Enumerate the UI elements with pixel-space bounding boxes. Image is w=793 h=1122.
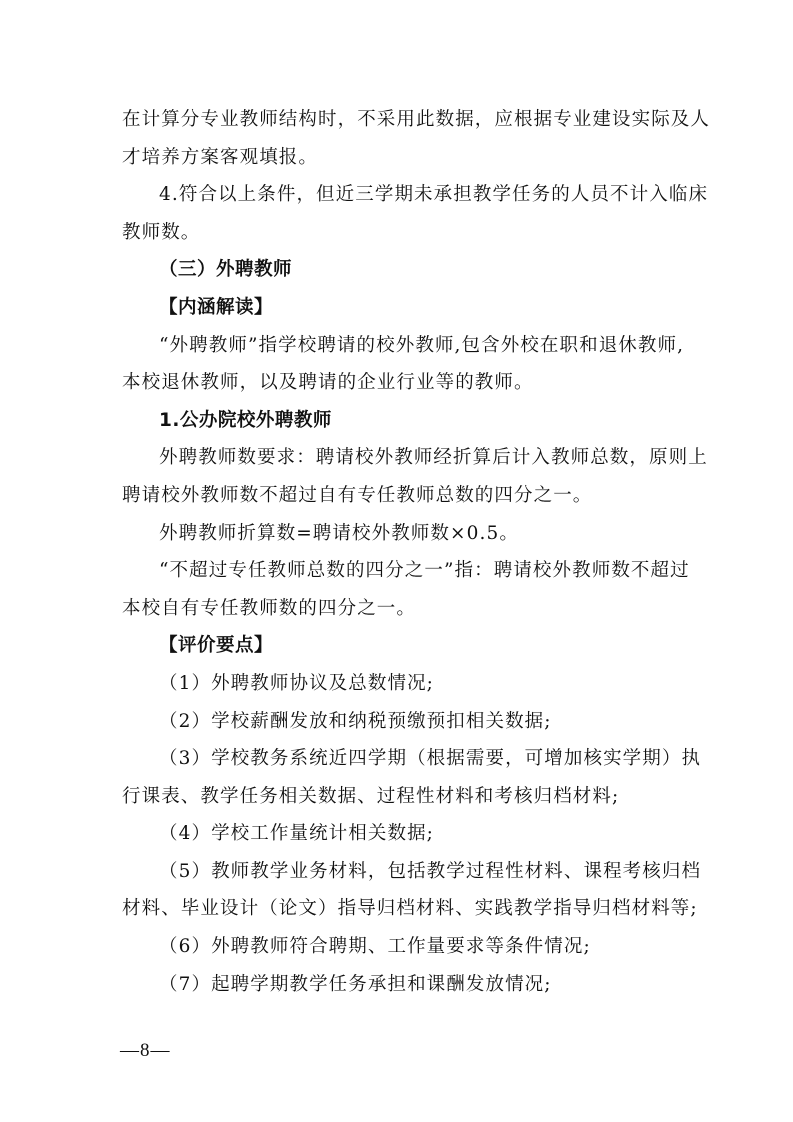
paragraph-line: 教师数。 <box>122 214 674 252</box>
section-heading: （三）外聘教师 <box>122 251 674 289</box>
subsection-heading: 【内涵解读】 <box>122 289 674 327</box>
list-item-continuation: 材料、毕业设计（论文）指导归档材料、实践教学指导归档材料等; <box>122 890 674 928</box>
subsection-heading: 【评价要点】 <box>122 627 674 665</box>
paragraph-line: 外聘教师数要求：聘请校外教师经折算后计入教师总数，原则上 <box>122 439 674 477</box>
list-item: （3）学校教务系统近四学期（根据需要，可增加核实学期）执 <box>122 740 674 778</box>
list-item: （1）外聘教师协议及总数情况; <box>122 665 674 703</box>
paragraph-line: 本校退休教师，以及聘请的企业行业等的教师。 <box>122 364 674 402</box>
paragraph-line: “不超过专任教师总数的四分之一”指：聘请校外教师数不超过 <box>122 552 674 590</box>
item-heading: 1.公办院校外聘教师 <box>122 402 674 440</box>
paragraph-line: 聘请校外教师数不超过自有专任教师总数的四分之一。 <box>122 477 674 515</box>
document-page: 在计算分专业教师结构时，不采用此数据，应根据专业建设实际及人 才培养方案客观填报… <box>122 101 674 1003</box>
paragraph-line: 4.符合以上条件，但近三学期未承担教学任务的人员不计入临床 <box>122 176 674 214</box>
list-item-continuation: 行课表、教学任务相关数据、过程性材料和考核归档材料; <box>122 778 674 816</box>
page-number: —8— <box>120 1040 171 1062</box>
formula-line: 外聘教师折算数=聘请校外教师数×0.5。 <box>122 515 674 553</box>
list-item: （2）学校薪酬发放和纳税预缴预扣相关数据; <box>122 703 674 741</box>
paragraph-line: “外聘教师”指学校聘请的校外教师,包含外校在职和退休教师, <box>122 327 674 365</box>
list-item: （6）外聘教师符合聘期、工作量要求等条件情况; <box>122 928 674 966</box>
list-item: （7）起聘学期教学任务承担和课酬发放情况; <box>122 966 674 1004</box>
paragraph-line: 本校自有专任教师数的四分之一。 <box>122 590 674 628</box>
paragraph-line: 在计算分专业教师结构时，不采用此数据，应根据专业建设实际及人 <box>122 101 674 139</box>
list-item: （4）学校工作量统计相关数据; <box>122 815 674 853</box>
list-item: （5）教师教学业务材料，包括教学过程性材料、课程考核归档 <box>122 853 674 891</box>
paragraph-line: 才培养方案客观填报。 <box>122 139 674 177</box>
